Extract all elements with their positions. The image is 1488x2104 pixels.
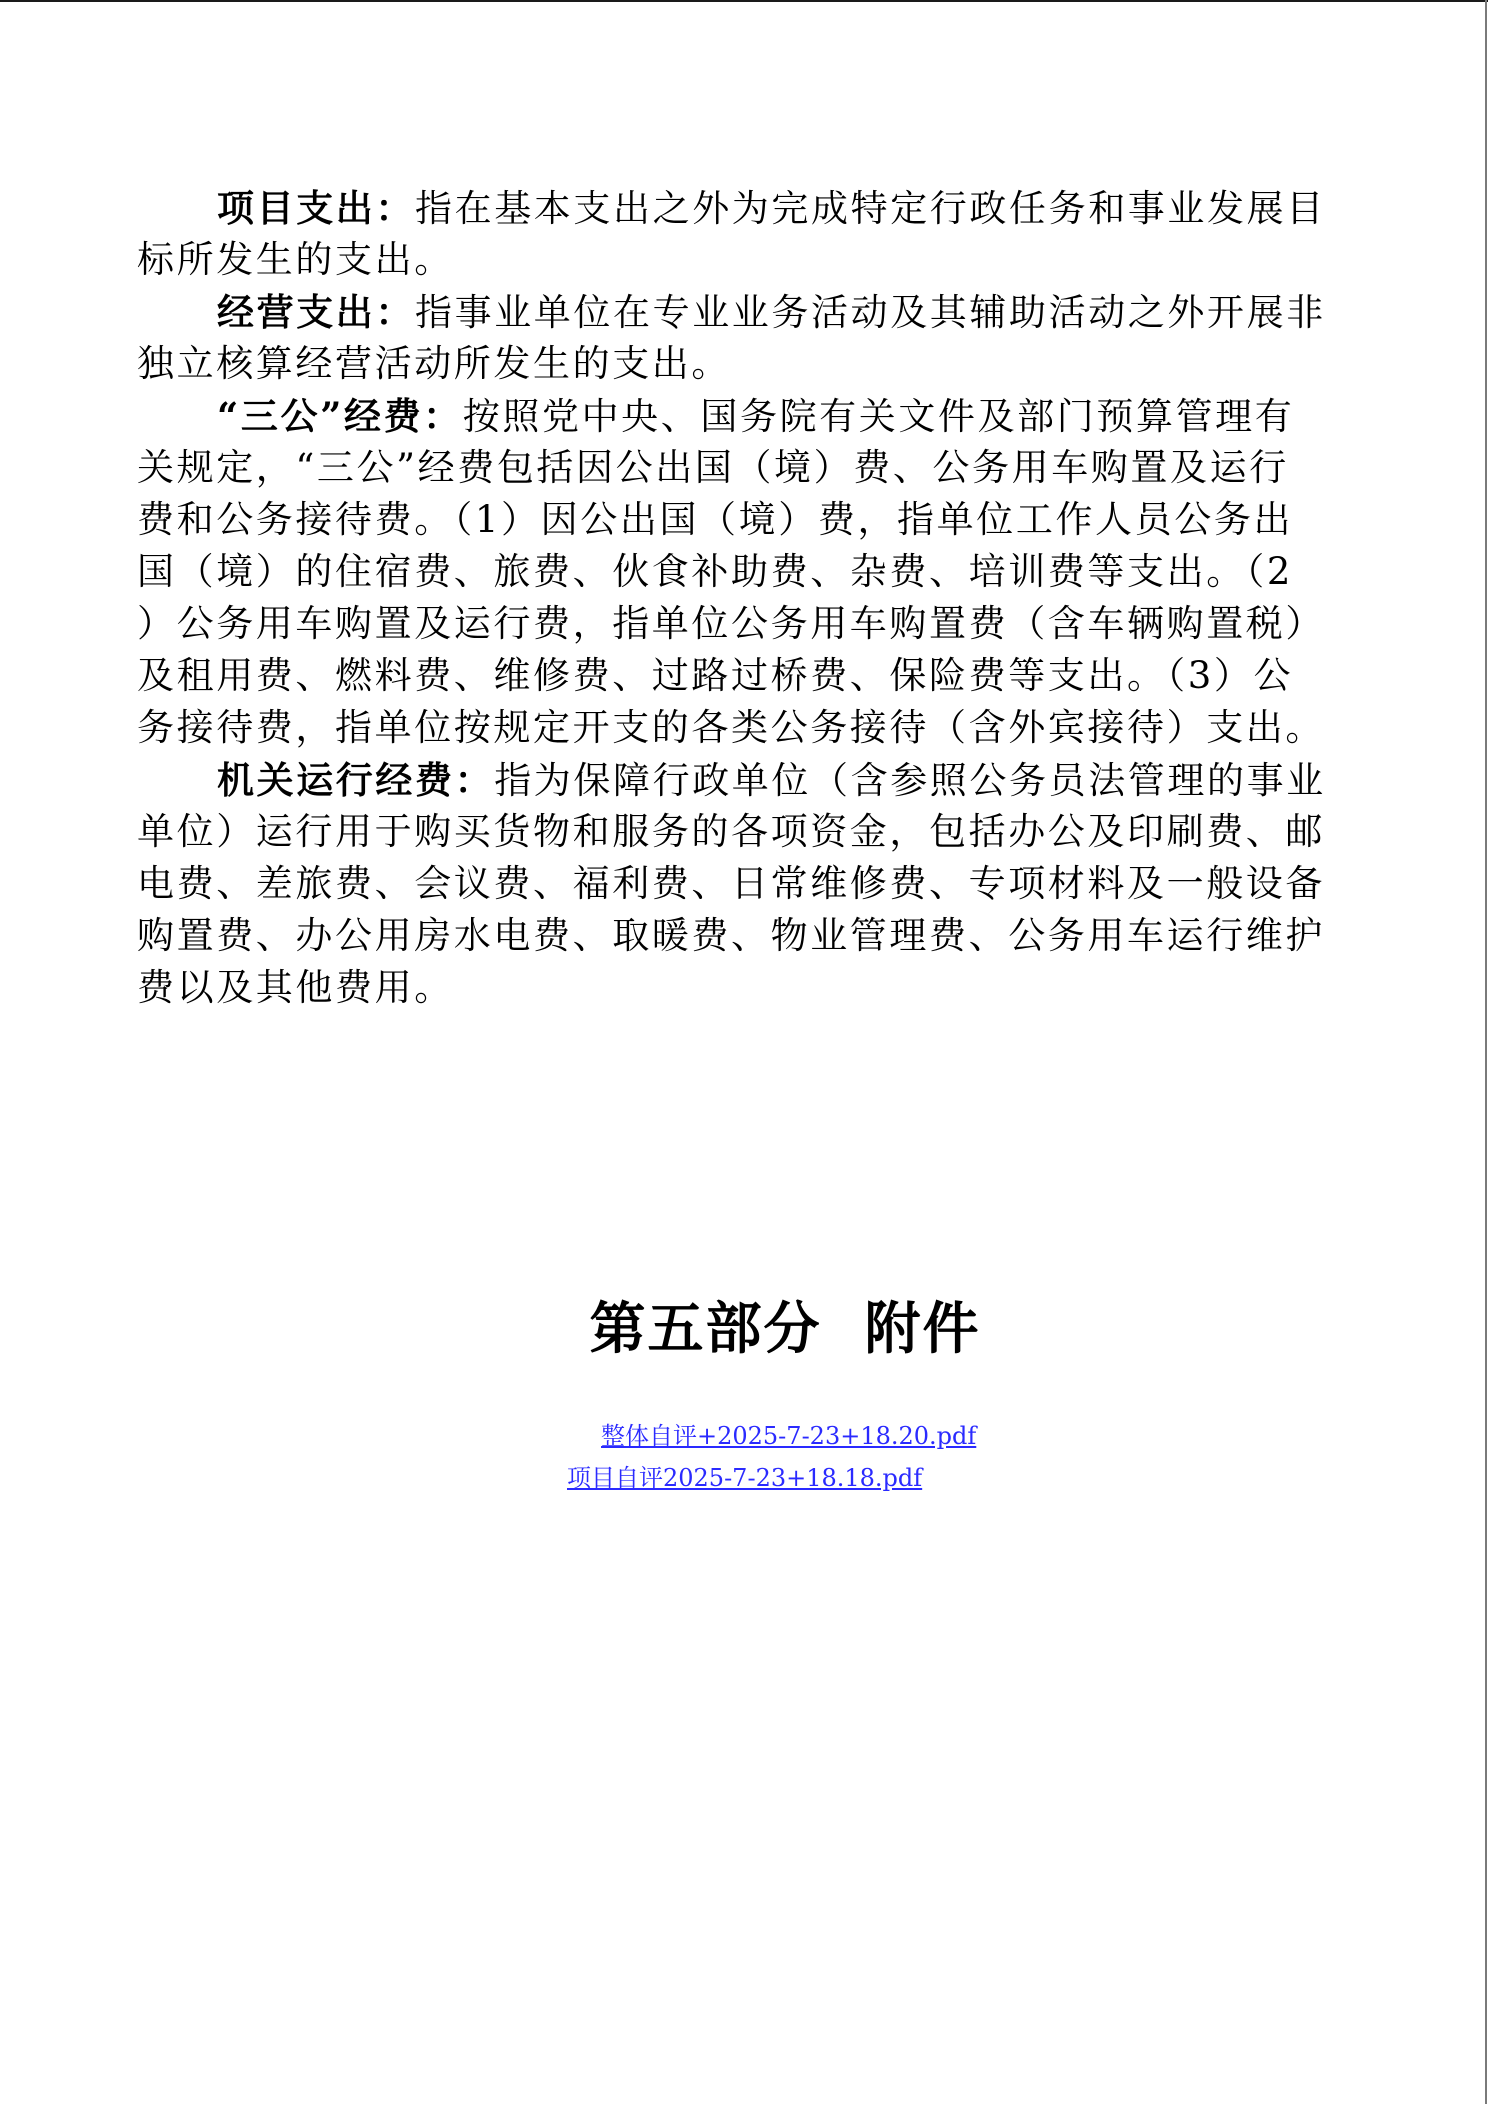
paragraph-line: 单位）运行用于购买货物和服务的各项资金，包括办公及印刷费、邮	[137, 806, 1337, 858]
paragraph-line: 购置费、办公用房水电费、取暖费、物业管理费、公务用车运行维护	[137, 910, 1337, 962]
paragraph-text: 指在基本支出之外为完成特定行政任务和事业发展目	[415, 187, 1326, 230]
term-label: 经营支出：	[217, 290, 415, 334]
paragraph-text: 指事业单位在专业业务活动及其辅助活动之外开展非	[415, 291, 1326, 334]
attachment-link-overall-self-evaluation[interactable]: 整体自评+2025-7-23+18.20.pdf	[601, 1420, 976, 1452]
paragraph-operating-expenditure: 经营支出：指事业单位在专业业务活动及其辅助活动之外开展非 独立核算经营活动所发生…	[137, 286, 1337, 390]
paragraph-line: ）公务用车购置及运行费，指单位公务用车购置费（含车辆购置税）	[137, 598, 1337, 650]
paragraph-agency-operating-funds: 机关运行经费：指为保障行政单位（含参照公务员法管理的事业 单位）运行用于购买货物…	[137, 754, 1337, 1014]
paragraph-text: 指为保障行政单位（含参照公务员法管理的事业	[494, 759, 1326, 802]
paragraph-line: “三公”经费：按照党中央、国务院有关文件及部门预算管理有	[137, 390, 1337, 442]
paragraph-line: 关规定，“三公”经费包括因公出国（境）费、公务用车购置及运行	[137, 442, 1337, 494]
term-label: 机关运行经费：	[217, 758, 494, 802]
term-label: “三公”经费：	[217, 394, 463, 438]
paragraph-project-expenditure: 项目支出：指在基本支出之外为完成特定行政任务和事业发展目 标所发生的支出。	[137, 182, 1337, 286]
paragraph-three-public-expenses: “三公”经费：按照党中央、国务院有关文件及部门预算管理有 关规定，“三公”经费包…	[137, 390, 1337, 754]
paragraph-line: 机关运行经费：指为保障行政单位（含参照公务员法管理的事业	[137, 754, 1337, 806]
paragraph-line: 标所发生的支出。	[137, 234, 1337, 286]
paragraph-line: 及租用费、燃料费、维修费、过路过桥费、保险费等支出。（3）公	[137, 650, 1337, 702]
paragraph-line: 项目支出：指在基本支出之外为完成特定行政任务和事业发展目	[137, 182, 1337, 234]
paragraph-line: 国（境）的住宿费、旅费、伙食补助费、杂费、培训费等支出。（2	[137, 546, 1337, 598]
paragraph-line: 费和公务接待费。（1）因公出国（境）费，指单位工作人员公务出	[137, 494, 1337, 546]
paragraph-line: 务接待费，指单位按规定开支的各类公务接待（含外宾接待）支出。	[137, 702, 1337, 754]
paragraph-line: 电费、差旅费、会议费、福利费、日常维修费、专项材料及一般设备	[137, 858, 1337, 910]
attachment-link-project-self-evaluation[interactable]: 项目自评2025-7-23+18.18.pdf	[567, 1462, 922, 1494]
document-body: 项目支出：指在基本支出之外为完成特定行政任务和事业发展目 标所发生的支出。 经营…	[137, 182, 1337, 1014]
page-top-border	[0, 0, 1488, 2]
paragraph-text: 按照党中央、国务院有关文件及部门预算管理有	[463, 395, 1295, 438]
section-heading: 第五部分 附件	[0, 1290, 1488, 1370]
term-label: 项目支出：	[217, 186, 415, 230]
paragraph-line: 经营支出：指事业单位在专业业务活动及其辅助活动之外开展非	[137, 286, 1337, 338]
page-right-border	[1485, 0, 1487, 2104]
paragraph-line: 费以及其他费用。	[137, 962, 1337, 1014]
paragraph-line: 独立核算经营活动所发生的支出。	[137, 338, 1337, 390]
